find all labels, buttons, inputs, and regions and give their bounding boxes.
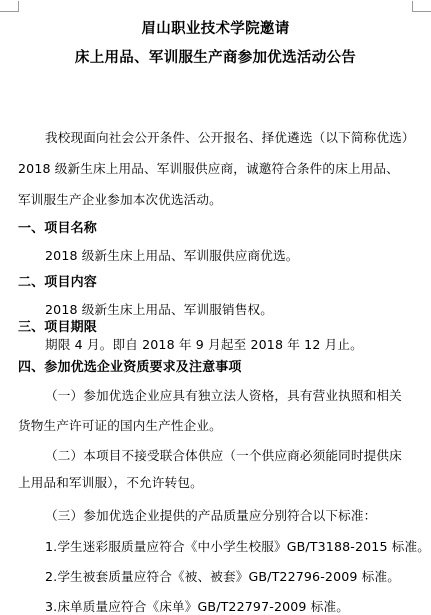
intro-paragraph-line: 军训服生产企业参加本次优选活动。 [18,189,222,208]
section-body-line: （一）参加优选企业应具有独立法人资格，具有营业执照和相关 [45,385,402,404]
standard-item-2: 2.学生被套质量应符合《被、被套》GB/T22796-2009 标准。 [45,566,400,585]
standard-item-1: 1.学生迷彩服质量应符合《中小学生校服》GB/T3188-2015 标准。 [45,536,430,555]
section-body-line: （三）参加优选企业提供的产品质量应分别符合以下标准： [45,505,376,524]
document-title-line-1: 眉山职业技术学院邀请 [0,17,431,38]
page-corner-mark-right [412,1,431,12]
section-body-line: （二）本项目不接受联合体供应（一个供应商必须能同时提供床 [45,445,402,464]
page-corner-mark-left [0,1,19,12]
intro-paragraph-line: 2018 级新生床上用品、军训服供应商，诚邀符合条件的床上用品、 [18,158,399,177]
section-heading-qualifications: 四、参加优选企业资质要求及注意事项 [18,356,242,375]
document-title-line-2: 床上用品、军训服生产商参加优选活动公告 [0,46,431,67]
intro-paragraph-line: 我校现面向社会公开条件、公开报名、择优遴选（以下简称优选） [45,127,415,146]
section-heading-project-name: 一、项目名称 [18,217,97,236]
section-body-line: 2018 级新生床上用品、军训服供应商优选。 [45,245,298,264]
section-heading-project-content: 二、项目内容 [18,271,97,290]
section-heading-project-period: 三、项目期限 [18,316,97,335]
standard-item-3: 3.床单质量应符合《床单》GB/T22797-2009 标准。 [45,596,349,615]
section-body-line: 期限 4 月。即自 2018 年 9 月起至 2018 年 12 月止。 [45,334,363,353]
section-body-line: 货物生产许可证的国内生产性企业。 [18,415,222,434]
section-body-line: 上用品和军训服），不允许转包。 [18,472,203,491]
